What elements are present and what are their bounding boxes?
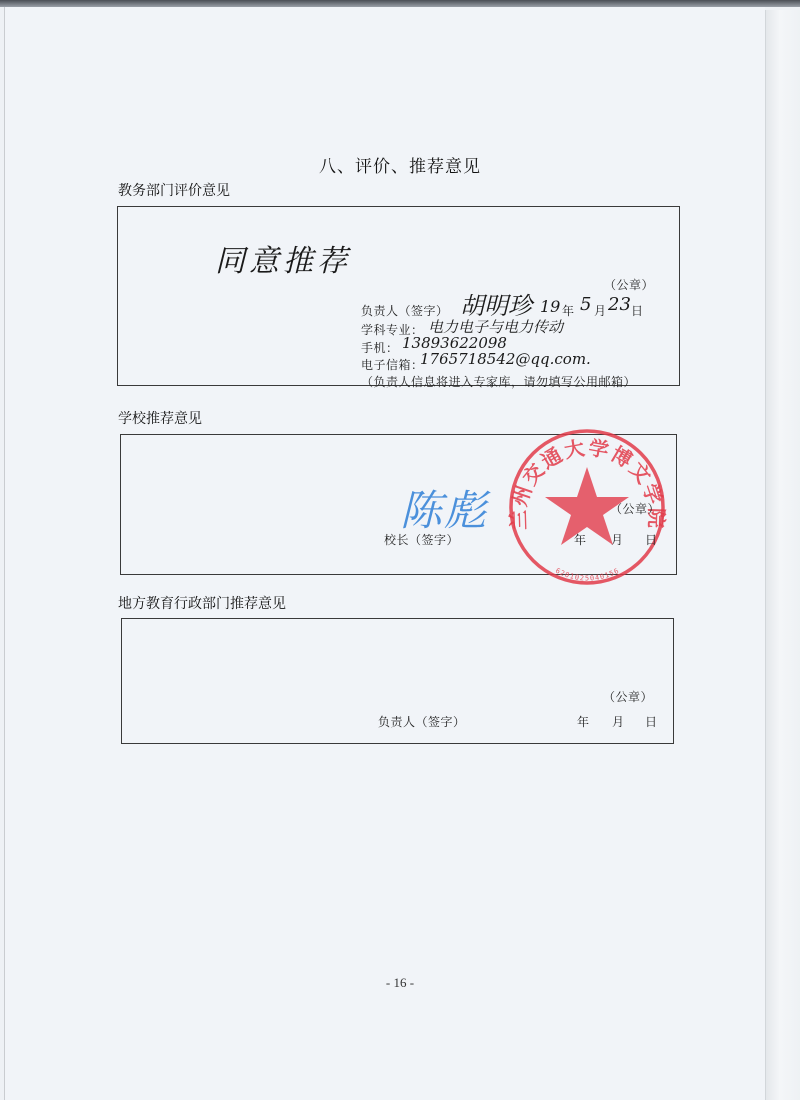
local-signer-label: 负责人（签字） (378, 713, 466, 730)
info-note: （负责人信息将进入专家库，请勿填写公用邮箱） (361, 373, 636, 390)
handwritten-opinion: 同意推荐 (215, 236, 351, 280)
section-label-academic-affairs: 教务部门评价意见 (118, 180, 230, 200)
section-label-school: 学校推荐意见 (118, 408, 202, 428)
school-seal-label: （公章） (610, 500, 660, 517)
local-seal-label: （公章） (603, 688, 653, 705)
email-label: 电子信箱： (361, 356, 424, 373)
email-value: 1765718542@qq.com. (420, 350, 591, 368)
seal-label: （公章） (604, 276, 654, 293)
year-unit: 年 (562, 302, 575, 319)
page-title: 八、评价、推荐意见 (0, 152, 800, 177)
date-year: 19 (540, 297, 560, 316)
month-unit: 月 (594, 302, 607, 319)
school-day-unit: 日 (645, 531, 658, 548)
section-label-local-education: 地方教育行政部门推荐意见 (118, 593, 286, 613)
local-year-unit: 年 (577, 713, 590, 730)
date-day: 23 (608, 294, 631, 315)
school-year-unit: 年 (574, 531, 587, 548)
date-month: 5 (580, 294, 591, 315)
scan-top-edge (0, 0, 800, 7)
day-unit: 日 (631, 302, 644, 319)
principal-signature: 陈彪 (400, 478, 488, 538)
local-month-unit: 月 (612, 713, 625, 730)
local-day-unit: 日 (645, 713, 658, 730)
school-month-unit: 月 (611, 531, 624, 548)
phone-label: 手机： (361, 339, 399, 356)
page-number: - 16 - (0, 975, 800, 991)
